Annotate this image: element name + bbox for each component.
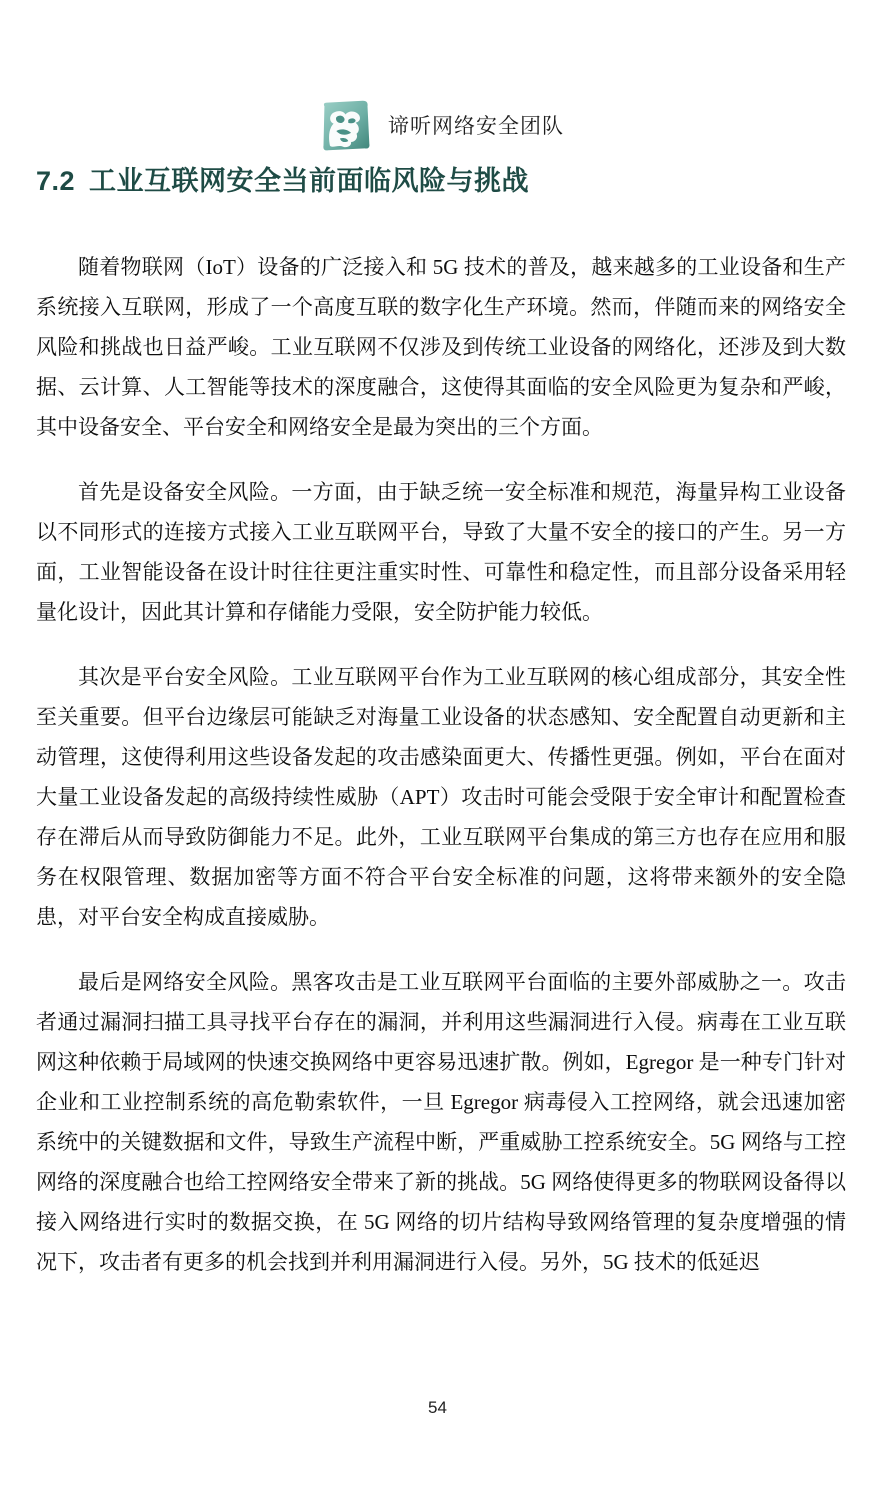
diting-seal-icon [318,98,373,153]
document-page: 谛听网络安全团队 7.2工业互联网安全当前面临风险与挑战 随着物联网（IoT）设… [0,0,875,1496]
document-body: 随着物联网（IoT）设备的广泛接入和 5G 技术的普及，越来越多的工业设备和生产… [36,247,846,1282]
paragraph-4: 最后是网络安全风险。黑客攻击是工业互联网平台面临的主要外部威胁之一。攻击者通过漏… [36,962,846,1282]
team-name-text: 谛听网络安全团队 [388,110,564,140]
page-footer: 54 [0,1398,875,1418]
section-title: 工业互联网安全当前面临风险与挑战 [89,166,529,196]
paragraph-2: 首先是设备安全风险。一方面，由于缺乏统一安全标准和规范，海量异构工业设备以不同形… [36,472,846,632]
section-heading: 7.2工业互联网安全当前面临风险与挑战 [36,165,846,197]
page-number: 54 [428,1398,447,1417]
paragraph-3: 其次是平台安全风险。工业互联网平台作为工业互联网的核心组成部分，其安全性至关重要… [36,657,846,937]
paragraph-1: 随着物联网（IoT）设备的广泛接入和 5G 技术的普及，越来越多的工业设备和生产… [36,247,846,447]
page-header: 谛听网络安全团队 [36,96,846,154]
section-number: 7.2 [36,166,75,196]
